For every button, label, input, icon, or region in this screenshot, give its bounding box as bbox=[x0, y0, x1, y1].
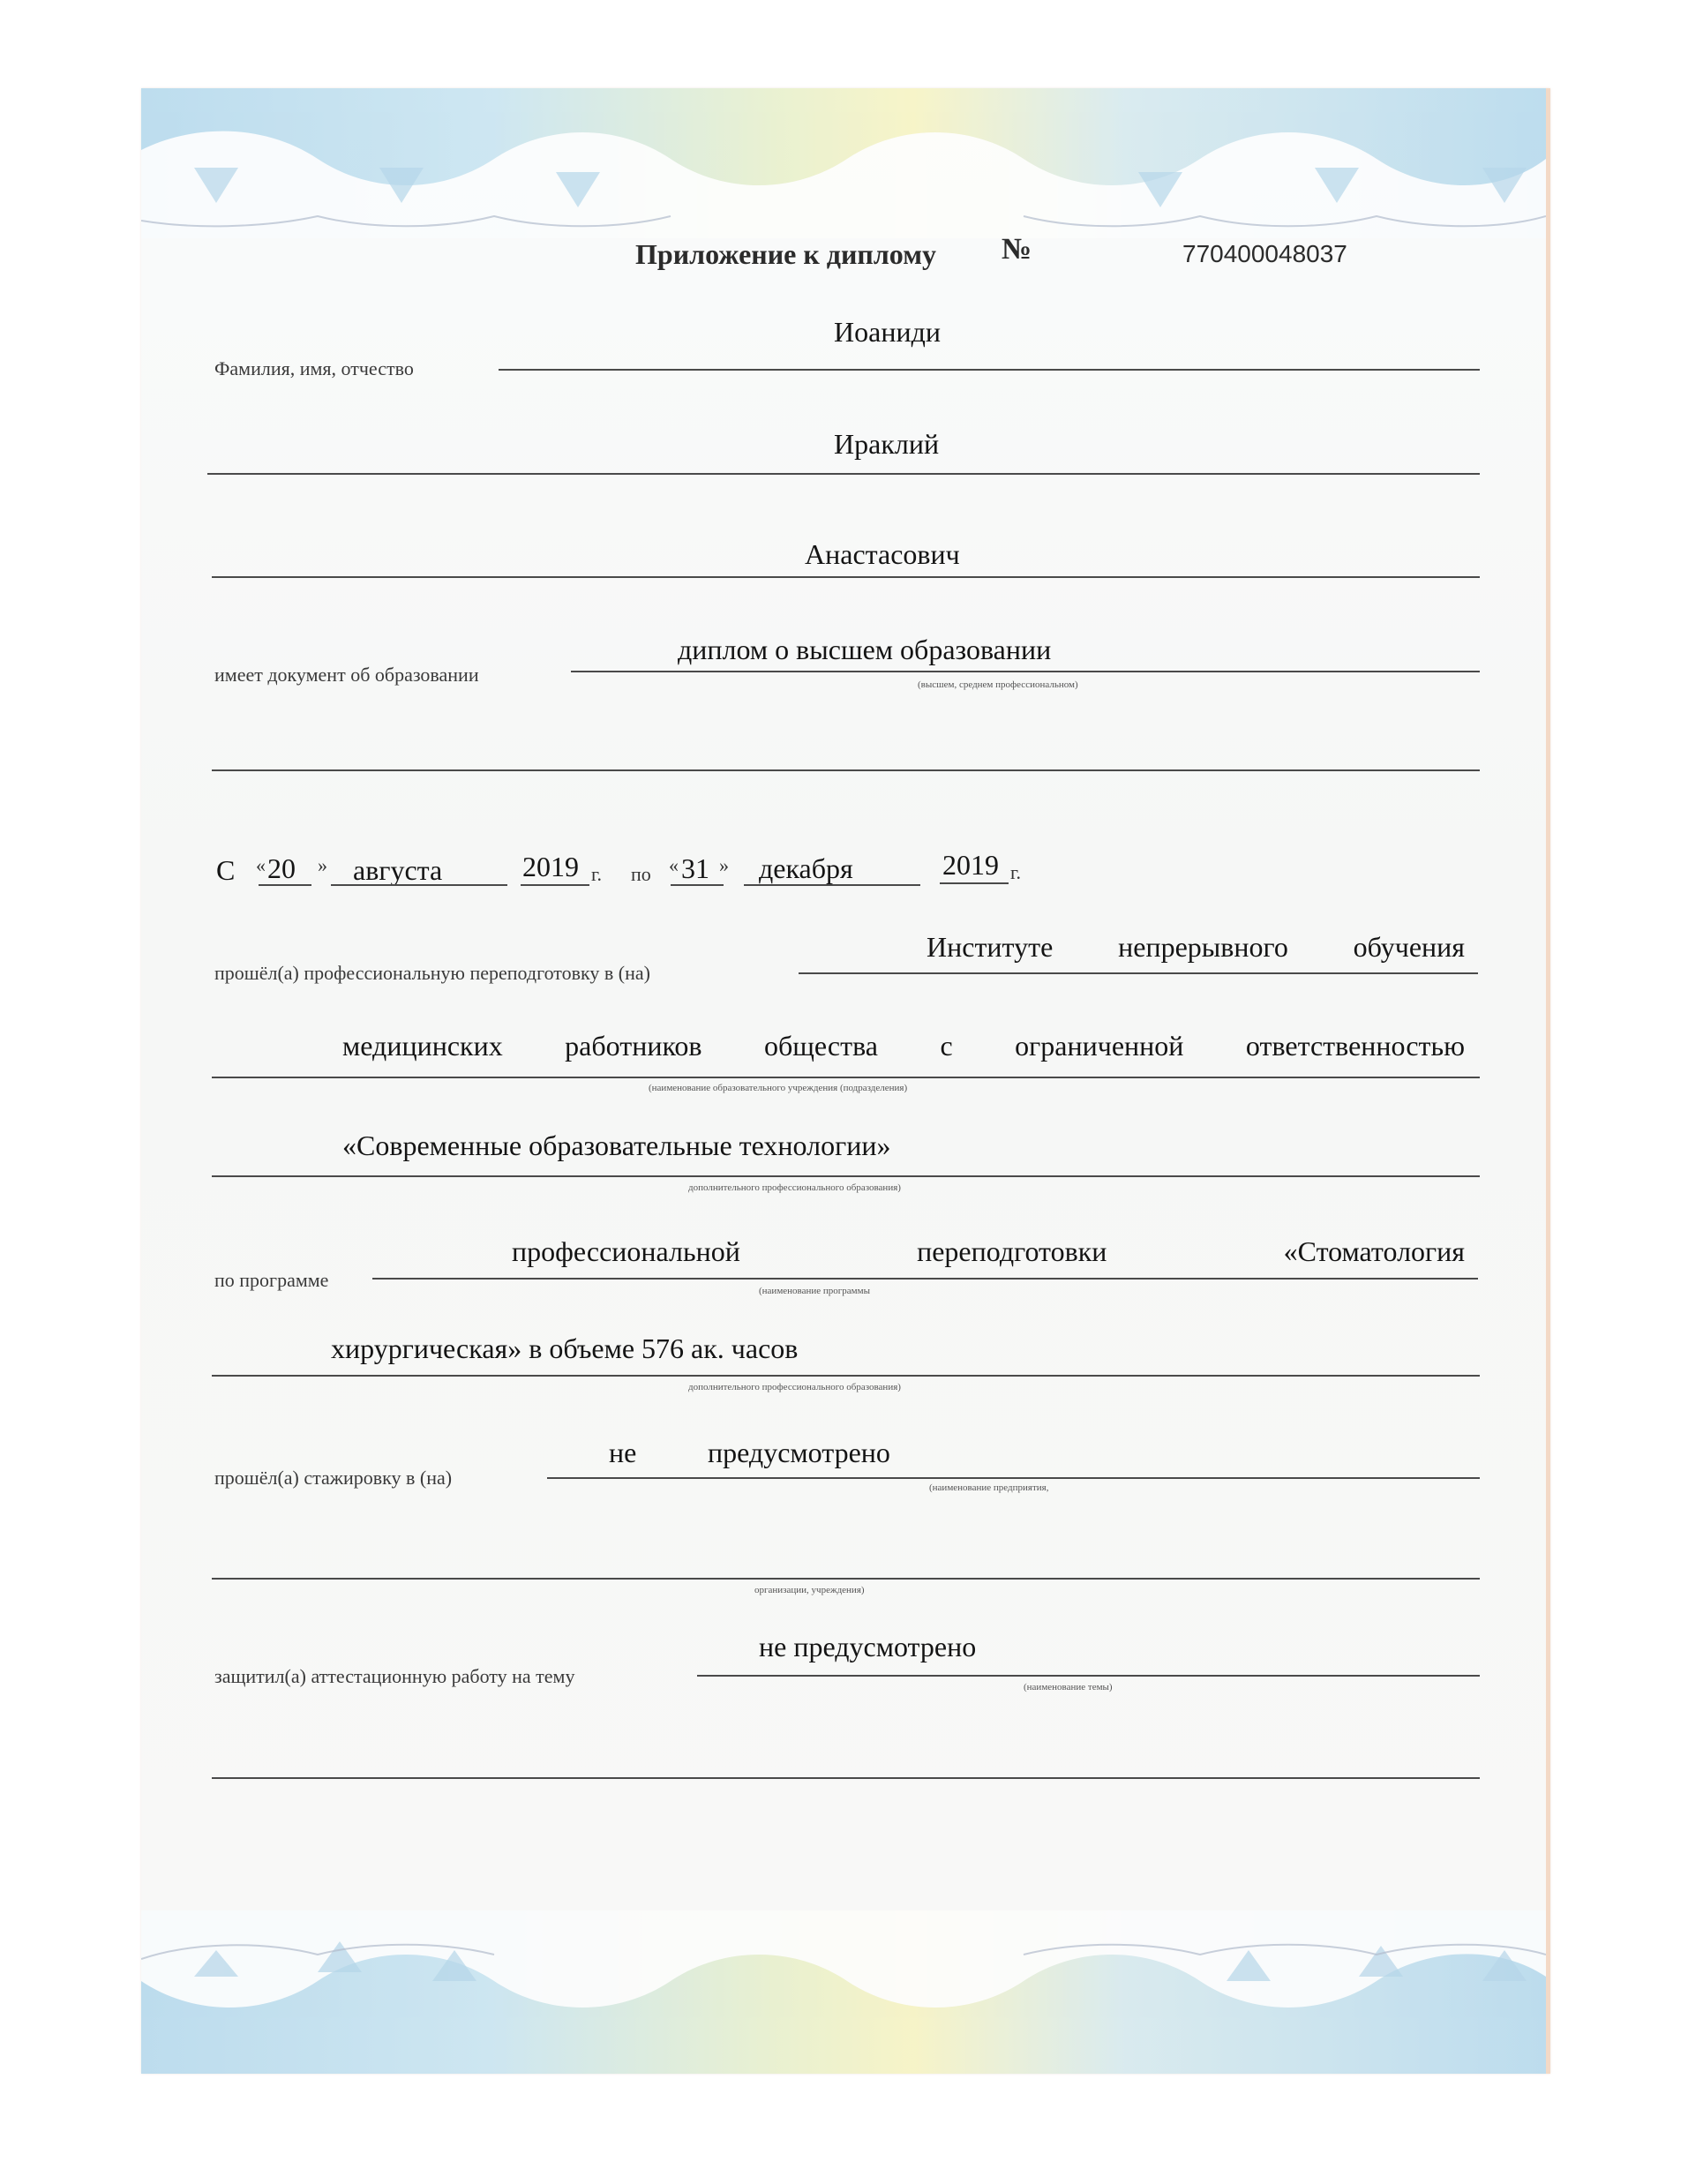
last-name: Иоаниди bbox=[834, 316, 941, 349]
first-name: Ираклий bbox=[834, 428, 939, 461]
program-line-2: хирургическая» в объеме 576 ак. часов bbox=[331, 1332, 798, 1365]
fio-line-2 bbox=[207, 473, 1480, 475]
quote-close-1: » bbox=[318, 854, 327, 877]
period-to-prefix: по bbox=[631, 863, 651, 886]
to-day-line bbox=[671, 884, 724, 886]
fio-line-3 bbox=[212, 576, 1480, 578]
retraining-line-rule-3 bbox=[212, 1175, 1480, 1177]
internship-value-word-2: предусмотрено bbox=[708, 1437, 890, 1469]
program-word: переподготовки bbox=[917, 1235, 1107, 1268]
internship-line-rule-2 bbox=[212, 1578, 1480, 1580]
internship-caption-2: организации, учреждения) bbox=[754, 1585, 865, 1595]
retraining-word: с bbox=[940, 1030, 952, 1062]
retraining-word: работников bbox=[565, 1030, 701, 1062]
from-day-line bbox=[259, 884, 311, 886]
year-suffix-1: г. bbox=[591, 863, 602, 886]
decorative-border-top bbox=[141, 88, 1546, 238]
from-month-line bbox=[331, 884, 507, 886]
program-caption-2: дополнительного профессионального образо… bbox=[688, 1382, 901, 1392]
from-year-line bbox=[521, 884, 589, 886]
decorative-border-bottom bbox=[141, 1910, 1546, 2074]
retraining-word: ответственностью bbox=[1246, 1030, 1465, 1062]
period-to-month: декабря bbox=[759, 852, 853, 885]
education-doc-caption: (высшем, среднем профессиональном) bbox=[918, 679, 1078, 690]
retraining-word: общества bbox=[764, 1030, 878, 1062]
education-doc-label: имеет документ об образовании bbox=[214, 664, 479, 687]
retraining-word: медицинских bbox=[342, 1030, 503, 1062]
internship-value-word-1: не bbox=[609, 1437, 636, 1469]
program-line-1: профессиональной переподготовки «Стомато… bbox=[512, 1235, 1465, 1268]
retraining-word: ограниченной bbox=[1015, 1030, 1183, 1062]
retraining-word: Институте bbox=[927, 931, 1053, 964]
program-label: по программе bbox=[214, 1269, 328, 1292]
internship-caption-1: (наименование предприятия, bbox=[929, 1482, 1048, 1493]
retraining-line-1: Институте непрерывного обучения bbox=[927, 931, 1465, 964]
program-word: «Стоматология bbox=[1284, 1235, 1465, 1268]
period-from-year: 2019 bbox=[522, 851, 579, 883]
document-title: Приложение к диплому bbox=[635, 238, 936, 271]
retraining-caption-1: (наименование образовательного учреждени… bbox=[649, 1083, 907, 1093]
fio-label: Фамилия, имя, отчество bbox=[214, 357, 414, 380]
retraining-line-rule-1 bbox=[799, 972, 1478, 974]
thesis-line-rule-2 bbox=[212, 1777, 1480, 1779]
program-line-rule-2 bbox=[212, 1375, 1480, 1377]
thesis-label: защитил(а) аттестационную работу на тему bbox=[214, 1665, 574, 1688]
internship-line-rule-1 bbox=[547, 1477, 1480, 1479]
retraining-caption-2: дополнительного профессионального образо… bbox=[688, 1182, 901, 1193]
retraining-word: непрерывного bbox=[1118, 931, 1288, 964]
education-doc-line-2 bbox=[212, 769, 1480, 771]
thesis-caption: (наименование темы) bbox=[1024, 1682, 1113, 1692]
program-line-rule-1 bbox=[372, 1278, 1478, 1280]
guilloche-pattern-icon bbox=[141, 88, 1546, 238]
retraining-line-2: медицинских работников общества с ограни… bbox=[342, 1030, 1465, 1062]
thesis-line-rule-1 bbox=[697, 1675, 1480, 1677]
program-word: профессиональной bbox=[512, 1235, 740, 1268]
internship-label: прошёл(а) стажировку в (на) bbox=[214, 1467, 452, 1490]
number-sign: № bbox=[1002, 233, 1032, 266]
to-month-line bbox=[744, 884, 920, 886]
year-suffix-2: г. bbox=[1010, 861, 1021, 884]
thesis-value: не предусмотрено bbox=[759, 1631, 976, 1663]
period-to-year: 2019 bbox=[942, 849, 999, 882]
quote-open-1: « bbox=[256, 854, 266, 877]
period-to-day: 31 bbox=[681, 852, 709, 885]
retraining-word: обучения bbox=[1354, 931, 1465, 964]
retraining-line-rule-2 bbox=[212, 1077, 1480, 1078]
quote-close-2: » bbox=[719, 854, 729, 877]
program-caption-1: (наименование программы bbox=[759, 1286, 870, 1296]
patronymic: Анастасович bbox=[805, 538, 960, 571]
diploma-number: 770400048037 bbox=[1182, 240, 1347, 268]
quote-open-2: « bbox=[669, 854, 679, 877]
education-doc-value: диплом о высшем образовании bbox=[678, 634, 1051, 666]
to-year-line bbox=[940, 882, 1009, 884]
retraining-label: прошёл(а) профессиональную переподготовк… bbox=[214, 962, 650, 985]
retraining-line-3: «Современные образовательные технологии» bbox=[342, 1130, 890, 1162]
period-from-month: августа bbox=[353, 854, 442, 887]
education-doc-line bbox=[571, 671, 1480, 672]
period-from-day: 20 bbox=[267, 852, 296, 885]
fio-line-1 bbox=[499, 369, 1480, 371]
guilloche-pattern-icon bbox=[141, 1910, 1546, 2074]
period-from-prefix: С bbox=[216, 854, 235, 887]
diploma-supplement-page: Приложение к диплому № 770400048037 Фами… bbox=[141, 88, 1550, 2074]
